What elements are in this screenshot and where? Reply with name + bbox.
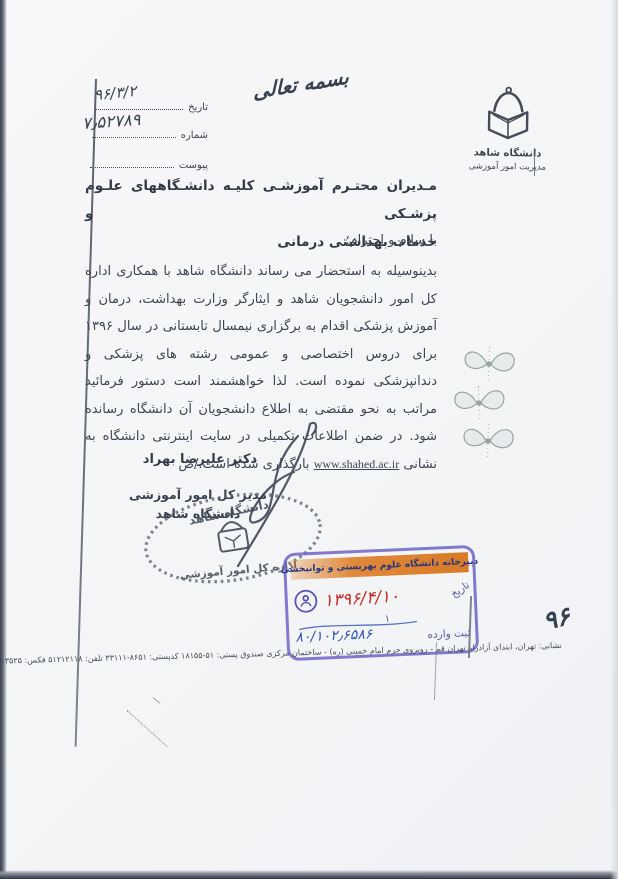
floral-ornament-icon [457,420,520,461]
handwritten-note-96: ۹۶ [540,601,573,636]
attachment-label: پیوست [179,160,208,171]
logo-dept-text: مدیریت امور آموزشی [451,161,563,173]
pencil-slash-mark [127,710,168,747]
university-emblem-icon [481,86,536,145]
date-label: تاریخ [188,102,208,113]
receipt-reg-value: ۸۰/۱۰۲٫۶۵۸۶ [295,626,373,645]
recipient-heading-line1: مـدیران محتـرم آموزشـی کلیـه دانشـگاههای… [85,172,437,228]
number-label: شماره [181,130,208,141]
receipt-date-label: تاریخ [449,580,472,600]
receipt-stamp-header-band: دبیرخانه دانشگاه علوم بهزیستی و توانبخشی [290,552,469,580]
university-logo: دانشگاه شاهد مدیریت امور آموزشی [451,85,564,173]
receipt-reg-label: ثبت وارده [427,627,470,641]
pencil-tick-mark [153,697,161,703]
receipt-stamp-header: دبیرخانه دانشگاه علوم بهزیستی و توانبخشی [280,557,478,576]
logo-divider [534,148,535,176]
receipt-date-value: ۱۳۹۶/۴/۱۰ [323,587,399,612]
scan-edge-right [610,0,618,879]
salutation-text: با سلام و احترام؛ [85,233,437,248]
floral-ornament-icon [447,382,510,424]
receipt-emblem-icon [292,588,319,615]
scan-edge-bottom [0,870,618,879]
attachment-dots [90,157,174,168]
logo-org-text: دانشگاه شاهد [451,147,563,160]
scanned-letter: دانشگاه شاهد مدیریت امور آموزشی بسمه تعا… [0,0,618,879]
bismillah-calligraphy: بسمه تعالی [246,63,355,104]
ref-attachment-row: پیوست [88,157,208,171]
floral-ornament-icon [457,343,520,385]
scan-edge-left [0,0,7,879]
